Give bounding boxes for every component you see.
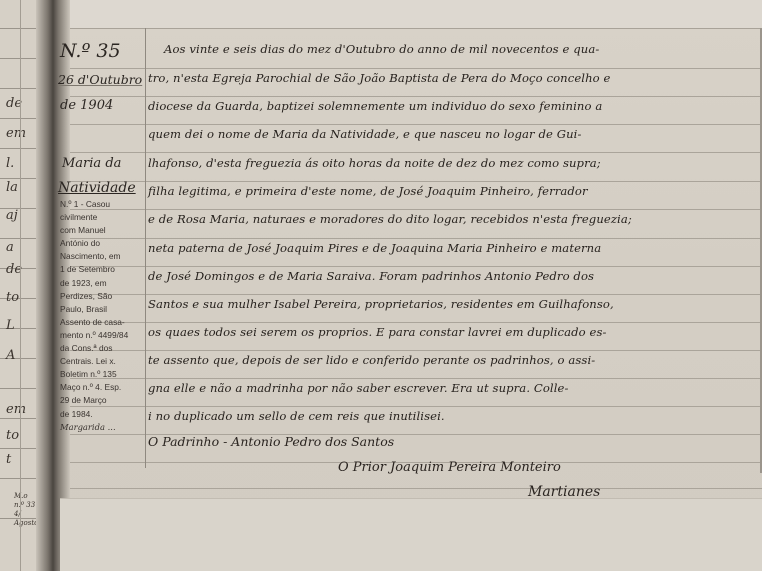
entry-number: N.º 35 — [60, 40, 121, 62]
godfather-signature: O Padrinho - Antonio Pedro dos Santos — [148, 434, 394, 449]
left-fragment: aj — [6, 208, 18, 223]
left-fragment: A — [6, 348, 15, 363]
body-line: neta paterna de José Joaquim Pires e de … — [148, 241, 601, 255]
document-page: de em l. la aj a de to L A em to t M.o n… — [0, 0, 762, 571]
left-fragment: t — [6, 452, 11, 467]
baptized-name-line1: Maria da — [62, 156, 121, 171]
column-separator — [145, 28, 146, 468]
top-blank-area — [40, 0, 762, 29]
body-line: os quaes todos sei serem os proprios. E … — [148, 325, 607, 339]
body-line: lhafonso, d'esta freguezia ás oito horas… — [148, 156, 601, 170]
left-fragment: la — [6, 180, 18, 195]
body-line: Santos e sua mulher Isabel Pereira, prop… — [148, 297, 614, 311]
left-fragment: em — [6, 126, 26, 141]
baptized-name-line2: Natividade — [58, 180, 136, 196]
left-fragment: to — [6, 290, 19, 305]
body-line: tro, n'esta Egreja Parochial de São João… — [148, 71, 611, 85]
body-line: de José Domingos e de Maria Saraiva. For… — [148, 269, 594, 283]
entry-date: 26 d'Outubro — [58, 72, 142, 87]
left-fragment: L — [6, 318, 15, 333]
body-line: e de Rosa Maria, naturaes e moradores do… — [148, 212, 632, 226]
left-fragment: em — [6, 402, 26, 417]
left-fragment: l. — [6, 156, 14, 171]
body-line: diocese da Guarda, baptizei solemnemente… — [148, 99, 602, 113]
body-line: filha legitima, e primeira d'este nome, … — [148, 184, 588, 198]
annotation-signature: Margarida ... — [60, 421, 124, 434]
body-line: te assento que, depois de ser lido e con… — [148, 353, 595, 367]
body-line: gna elle e não a madrinha por não saber … — [148, 381, 569, 395]
left-fragment: a — [6, 240, 14, 255]
body-line: i no duplicado um sello de cem reis que … — [148, 409, 445, 423]
body-line: quem dei o nome de Maria da Natividade, … — [148, 127, 581, 141]
bottom-blank-area — [60, 498, 762, 571]
entry-year: de 1904 — [60, 98, 113, 113]
left-fragment: to — [6, 428, 19, 443]
marginal-annotation: N.º 1 - Casou civilmente com Manuel Antó… — [60, 198, 124, 434]
body-line: Aos vinte e seis dias do mez d'Outubro d… — [164, 42, 599, 56]
priest-signature: O Prior Joaquim Pereira Monteiro — [338, 460, 561, 475]
left-page-rule — [20, 0, 21, 571]
